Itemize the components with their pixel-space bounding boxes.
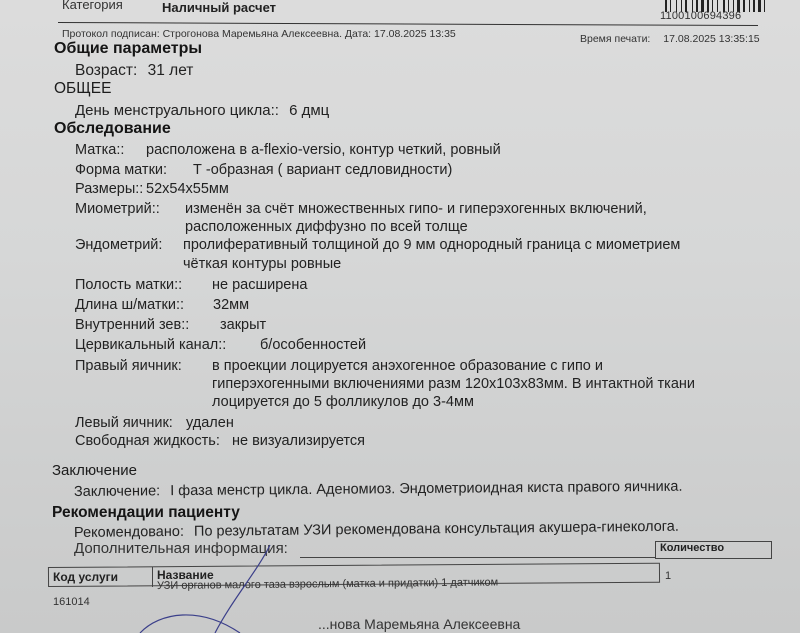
exam-row-value: пролиферативный толщиной до 9 мм однород…: [183, 237, 680, 253]
conclusion-row: Заключение: I фаза менстр цикла. Аденоми…: [74, 479, 683, 500]
exam-row-label: Цервикальный канал::: [75, 337, 226, 353]
signer-name: ...нова Маремьяна Алексеевна: [318, 616, 520, 632]
recommendations-value: По результатам УЗИ рекомендована консуль…: [194, 519, 679, 540]
category-label: Категория: [62, 0, 123, 12]
header-divider: [58, 22, 758, 26]
exam-row-value: Т -образная ( вариант седловидности): [193, 162, 452, 178]
exam-row-label: Форма матки:: [75, 162, 167, 178]
cycle-day-label: День менструального цикла::: [75, 102, 279, 119]
exam-row-label: Матка::: [75, 142, 124, 158]
age-row: Возраст: 31 лет: [75, 62, 193, 80]
table-header-divider: [152, 567, 153, 587]
age-value: 31 лет: [148, 62, 194, 79]
conclusion-label: Заключение:: [74, 483, 160, 500]
section-conclusion-title: Заключение: [52, 462, 137, 479]
print-time: Время печати: 17.08.2025 13:35:15: [580, 33, 760, 45]
signed-by: Протокол подписан: Строгонова Маремьяна …: [62, 28, 456, 40]
exam-row-label: Левый яичник:: [75, 415, 173, 431]
exam-row-label: Эндометрий:: [75, 237, 162, 253]
recommendations-label: Рекомендовано:: [74, 524, 184, 541]
service-qty: 1: [665, 570, 671, 582]
exam-row-value: б/особенностей: [260, 337, 366, 353]
barcode-bar: [751, 0, 752, 12]
exam-row-value: в проекции лоцируется анэхогенное образо…: [212, 358, 603, 374]
exam-row-value: не визуализируется: [232, 433, 365, 449]
section-general-title: ОБЩЕЕ: [54, 80, 111, 98]
exam-row-value-continued: чёткая контуры ровные: [183, 256, 341, 272]
exam-row-value: удален: [186, 415, 234, 431]
print-time-label: Время печати:: [580, 33, 650, 45]
exam-row-value: расположена в a-flexio-versio, контур че…: [146, 142, 501, 158]
service-name: УЗИ органов малого таза взрослым (матка …: [157, 576, 498, 592]
age-label: Возраст:: [75, 62, 137, 79]
exam-row-value-continued: лоцируется до 5 фолликулов до 3-4мм: [212, 394, 474, 410]
section-recommendations-title: Рекомендации пациенту: [52, 504, 240, 522]
category-value: Наличный расчет: [162, 0, 276, 15]
conclusion-value: I фаза менстр цикла. Аденомиоз. Эндометр…: [170, 479, 682, 499]
exam-row-label: Миометрий::: [75, 201, 160, 217]
barcode-bar: [766, 0, 768, 12]
exam-row-value-continued: расположенных диффузно по всей толще: [185, 219, 468, 235]
barcode-number: 1100100694396: [660, 10, 741, 22]
cycle-day-value: 6 дмц: [289, 102, 329, 119]
barcode-bar: [758, 0, 761, 12]
exam-row-label: Внутренний зев::: [75, 317, 189, 333]
exam-row-label: Полость матки::: [75, 277, 182, 293]
exam-row-value: изменён за счёт множественных гипо- и ги…: [185, 201, 647, 217]
exam-row-value: не расширена: [212, 277, 307, 293]
exam-row-label: Свободная жидкость:: [75, 433, 220, 449]
qty-header: Количество: [660, 542, 724, 554]
barcode-bar: [756, 0, 757, 12]
exam-row-label: Правый яичник:: [75, 358, 182, 374]
section-exam-title: Обследование: [54, 120, 171, 138]
exam-row-value: 32мм: [213, 297, 249, 313]
print-time-value: 17.08.2025 13:35:15: [663, 33, 759, 45]
ultrasound-report-page: Категория Наличный расчет 1100100694396 …: [0, 0, 800, 633]
barcode-bar: [749, 0, 750, 12]
exam-row-value: закрыт: [220, 317, 266, 333]
section-general-params-title: Общие параметры: [54, 40, 202, 58]
exam-row-label: Размеры::: [75, 181, 143, 197]
barcode-bar: [746, 0, 748, 12]
barcode-bar: [762, 0, 763, 12]
exam-row-value-continued: гиперэхогенными включениями разм 120х103…: [212, 376, 695, 392]
additional-info-title: Дополнительная информация:: [74, 540, 288, 557]
barcode-bar: [753, 0, 755, 12]
cycle-day-row: День менструального цикла:: 6 дмц: [75, 102, 329, 119]
recommendations-row: Рекомендовано: По результатам УЗИ рекоме…: [74, 519, 679, 541]
exam-row-value: 52х54х55мм: [146, 181, 229, 197]
exam-row-label: Длина ш/матки::: [75, 297, 184, 313]
code-header: Код услуги: [53, 570, 118, 584]
table-top-line: [300, 557, 655, 558]
service-code: 161014: [53, 596, 90, 608]
barcode-bar: [743, 0, 745, 12]
barcode-bar: [764, 0, 765, 12]
